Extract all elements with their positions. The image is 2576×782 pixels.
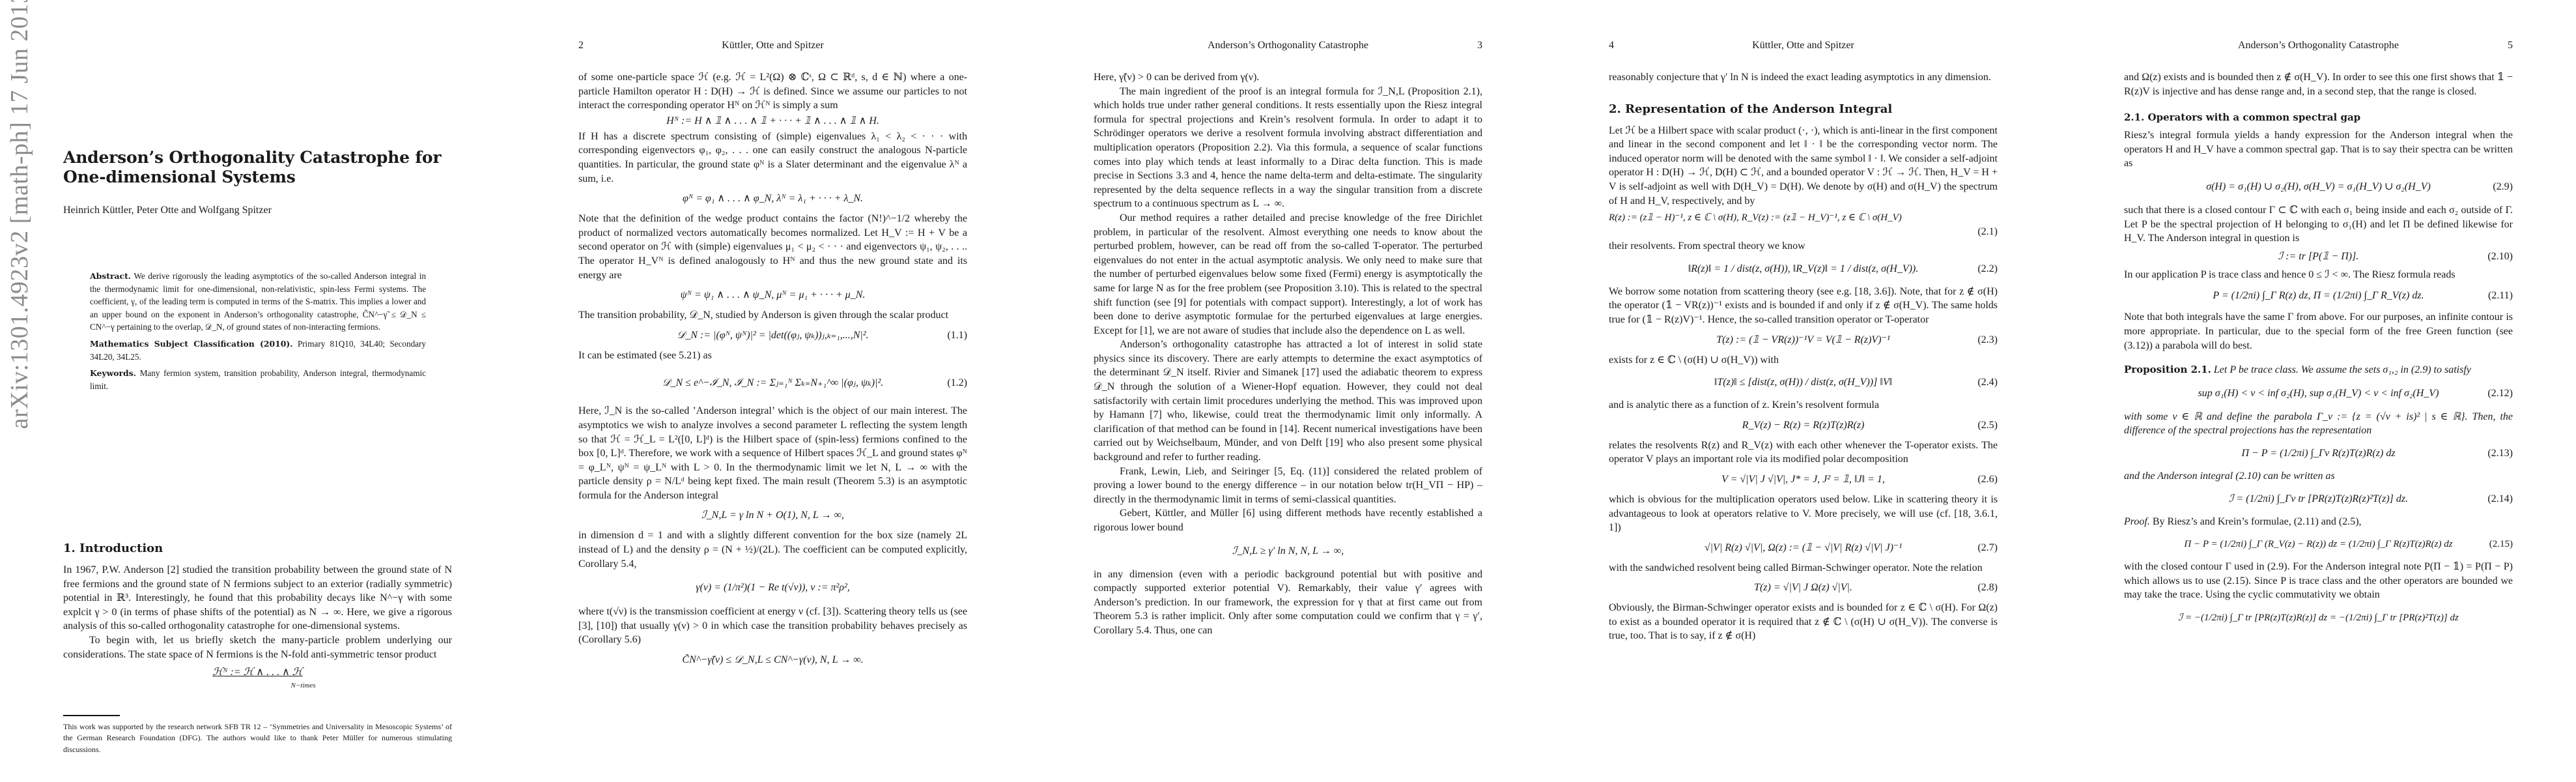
equation: ℐ_N,L = γ ln N + O(1), N, L → ∞, xyxy=(578,508,967,523)
equation-underbrace-label: N−times xyxy=(63,678,452,693)
paragraph: exists for z ∈ ℂ \ (σ(H) ∪ σ(H_V)) with xyxy=(1609,353,1998,368)
footnote-rule xyxy=(63,715,120,716)
equation-number: (1.2) xyxy=(947,375,967,391)
abstract-text: We derive rigorously the leading asympto… xyxy=(90,271,426,332)
equation-number: (2.1) xyxy=(1977,226,1998,237)
equation-number: (2.6) xyxy=(1977,472,1998,487)
running-title: Küttler, Otte and Spitzer xyxy=(578,38,967,53)
equation-text: ‖T(z)‖ ≤ [dist(z, σ(H)) / dist(z, σ(H_V)… xyxy=(1714,377,1892,388)
paragraph: Let ℋ be a Hilbert space with scalar pro… xyxy=(1609,124,1998,209)
equation-number: (2.3) xyxy=(1977,333,1998,347)
equation-2-10: ℐ := tr [P(𝟙 − Π)]. (2.10) xyxy=(2124,250,2513,264)
proof-label: Proof. xyxy=(2124,516,2150,527)
equation-2-15: Π − P = (1/2πi) ∫_Γ (R_V(z) − R(z)) dz =… xyxy=(2124,536,2513,552)
page-1: arXiv:1301.4923v2 [math-ph] 17 Jun 2013 … xyxy=(0,0,515,782)
paper-title: Anderson’s Orthogonality Catastrophe for… xyxy=(63,148,452,187)
title-block: Anderson’s Orthogonality Catastrophe for… xyxy=(63,148,452,217)
subsection-heading: 2.1. Operators with a common spectral ga… xyxy=(2124,110,2513,124)
equation-2-2: ‖R(z)‖ = 1 / dist(z, σ(H)), ‖R_V(z)‖ = 1… xyxy=(1609,261,1998,277)
paragraph: with the closed contour Γ used in (2.9).… xyxy=(2124,560,2513,602)
page-4-body: reasonably conjecture that γ′ ln N is in… xyxy=(1609,70,1998,643)
abstract-label: Abstract. xyxy=(90,271,131,281)
equation-number: (2.12) xyxy=(2487,386,2513,401)
equation-text: V = √|V| J √|V|, J* = J, J² = 𝟙, ‖J‖ = 1… xyxy=(1721,474,1885,485)
msc-label: Mathematics Subject Classification (2010… xyxy=(90,339,293,349)
section-heading-introduction: 1. Introduction xyxy=(63,541,452,557)
page-4: 4 Küttler, Otte and Spitzer reasonably c… xyxy=(1546,0,2061,782)
page-2-body: of some one-particle space ℋ (e.g. ℋ = L… xyxy=(578,70,967,673)
paragraph: their resolvents. From spectral theory w… xyxy=(1609,239,1998,253)
equation-2-11: P = (1/2πi) ∫_Γ R(z) dz, Π = (1/2πi) ∫_Γ… xyxy=(2124,288,2513,304)
equation-2-13: Π − P = (1/2πi) ∫_Γν R(z)T(z)R(z) dz (2.… xyxy=(2124,446,2513,461)
paragraph: Frank, Lewin, Lieb, and Seiringer [5, Eq… xyxy=(1094,465,1482,507)
paragraph: Here, ℐ_N is the so-called ’Anderson int… xyxy=(578,404,967,502)
authors: Heinrich Küttler, Peter Otte and Wolfgan… xyxy=(63,204,452,217)
equation: ψᴺ = ψ₁ ∧ . . . ∧ ψ_N, μᴺ = μ₁ + · · · +… xyxy=(578,288,967,302)
equation-text: Π − P = (1/2πi) ∫_Γ (R_V(z) − R(z)) dz =… xyxy=(2184,539,2452,549)
proof: Proof. By Riesz’s and Krein’s formulae, … xyxy=(2124,515,2513,529)
equation-number: (2.8) xyxy=(1977,581,1998,595)
equation-text: σ(H) = σ₁(H) ∪ σ₂(H), σ(H_V) = σ₁(H_V) ∪… xyxy=(2206,181,2431,192)
paragraph: Gebert, Küttler, and Müller [6] using di… xyxy=(1094,506,1482,534)
equation-text: 𝒟_N := |(φᴺ, ψᴺ)|² = |det((φⱼ, ψₖ))ⱼ,ₖ₌₁… xyxy=(677,330,868,341)
paragraph: Obviously, the Birman-Schwinger operator… xyxy=(1609,601,1998,643)
paragraph: If H has a discrete spectrum consisting … xyxy=(578,130,967,186)
running-header: 4 Küttler, Otte and Spitzer xyxy=(1609,38,1998,53)
proposition-text: and the Anderson integral (2.10) can be … xyxy=(2124,469,2513,484)
equation-2-5: R_V(z) − R(z) = R(z)T(z)R(z) (2.5) xyxy=(1609,418,1998,433)
equation: ℐ_N,L ≥ γ′ ln N, N, L → ∞, xyxy=(1094,544,1482,558)
running-header: 2 Küttler, Otte and Spitzer xyxy=(578,38,967,53)
paragraph: In our application P is trace class and … xyxy=(2124,268,2513,282)
equation-text: Π − P = (1/2πi) ∫_Γν R(z)T(z)R(z) dz xyxy=(2241,448,2395,459)
equation: ℐ = −(1/2πi) ∫_Γ tr [PR(z)T(z)R(z)] dz =… xyxy=(2124,610,2513,626)
equation-2-3: T(z) := (𝟙 − VR(z))⁻¹V = V(𝟙 − R(z)V)⁻¹ … xyxy=(1609,333,1998,347)
paragraph: Our method requires a rather detailed an… xyxy=(1094,211,1482,338)
paper-title-line-2: One-dimensional Systems xyxy=(63,167,296,186)
equation-number: (2.15) xyxy=(2489,536,2513,552)
equation-text: ℐ := tr [P(𝟙 − Π)]. xyxy=(2278,251,2359,262)
equation: Hᴺ := H ∧ 𝟙 ∧ . . . ∧ 𝟙 + · · · + 𝟙 ∧ . … xyxy=(578,114,967,128)
equation-2-4: ‖T(z)‖ ≤ [dist(z, σ(H)) / dist(z, σ(H_V)… xyxy=(1609,375,1998,390)
proposition-2-1: Proposition 2.1. Let P be trace class. W… xyxy=(2124,363,2513,377)
paragraph: which is obvious for the multiplication … xyxy=(1609,493,1998,535)
equation-1-2: 𝒟_N ≤ e^−ℐ_N, ℐ_N := Σⱼ₌₁ᴺ Σₖ₌N₊₁^∞ |(φⱼ… xyxy=(578,375,967,391)
equation: γ(ν) = (1/π²)(1 − Re t(√ν)), ν := π²ρ², xyxy=(578,580,967,596)
equation-tensor-product: ℋᴺ := ℋ ∧ . . . ∧ ℋ N−times xyxy=(63,665,452,693)
equation-text: T(z) := (𝟙 − VR(z))⁻¹V = V(𝟙 − R(z)V)⁻¹ xyxy=(1716,334,1890,345)
paragraph: It can be estimated (see 5.21) as xyxy=(578,349,967,363)
footnote-block: This work was supported by the research … xyxy=(63,715,452,755)
equation-number: (2.13) xyxy=(2487,446,2513,461)
equation-text: R(z) := (z𝟙 − H)⁻¹, z ∈ ℂ \ σ(H), R_V(z)… xyxy=(1609,212,1902,223)
paragraph: where t(√ν) is the transmission coeffici… xyxy=(578,605,967,647)
equation-2-9: σ(H) = σ₁(H) ∪ σ₂(H), σ(H_V) = σ₁(H_V) ∪… xyxy=(2124,180,2513,194)
paragraph: Here, γ̃(ν) > 0 can be derived from γ(ν)… xyxy=(1094,70,1482,85)
page-5: Anderson’s Orthogonality Catastrophe 5 a… xyxy=(2061,0,2576,782)
equation-2-8: T(z) = √|V| J Ω(z) √|V|. (2.8) xyxy=(1609,581,1998,595)
equation-number: (2.2) xyxy=(1977,261,1998,277)
paragraph: in any dimension (even with a periodic b… xyxy=(1094,568,1482,638)
equation-number: (2.14) xyxy=(2487,491,2513,507)
equation-number: (2.9) xyxy=(2493,180,2513,194)
paragraph: The transition probability, 𝒟_N, studied… xyxy=(578,308,967,323)
equation: φᴺ = φ₁ ∧ . . . ∧ φ_N, λᴺ = λ₁ + · · · +… xyxy=(578,192,967,206)
equation-1-1: 𝒟_N := |(φᴺ, ψᴺ)|² = |det((φⱼ, ψₖ))ⱼ,ₖ₌₁… xyxy=(578,328,967,343)
paragraph: such that there is a closed contour Γ ⊂ … xyxy=(2124,203,2513,246)
equation-number: (2.10) xyxy=(2487,250,2513,264)
equation-text: sup σ₁(H) < ν < inf σ₂(H), sup σ₁(H_V) <… xyxy=(2198,388,2439,399)
section-heading-representation: 2. Representation of the Anderson Integr… xyxy=(1609,102,1998,117)
paragraph: Note that the definition of the wedge pr… xyxy=(578,212,967,282)
equation-2-14: ℐ = (1/2πi) ∫_Γν tr [PR(z)T(z)R(z)²T(z)]… xyxy=(2124,491,2513,507)
paragraph: Anderson’s orthogonality catastrophe has… xyxy=(1094,338,1482,464)
running-title: Küttler, Otte and Spitzer xyxy=(1609,38,1998,53)
equation: C̃N^−γ̃(ν) ≤ 𝒟_N,L ≤ CN^−γ(ν), N, L → ∞. xyxy=(578,653,967,667)
paragraph: and Ω(z) exists and is bounded then z ∉ … xyxy=(2124,70,2513,98)
arxiv-stamp-text: arXiv:1301.4923v2 [math-ph] 17 Jun 2013 xyxy=(5,0,34,429)
paragraph: in dimension d = 1 and with a slightly d… xyxy=(578,529,967,571)
equation-2-1-number: (2.1) xyxy=(1609,225,1998,239)
introduction: 1. Introduction In 1967, P.W. Anderson [… xyxy=(63,541,452,699)
paper-title-line-1: Anderson’s Orthogonality Catastrophe for xyxy=(63,148,441,167)
page-3-body: Here, γ̃(ν) > 0 can be derived from γ(ν)… xyxy=(1094,70,1482,638)
arxiv-stamp: arXiv:1301.4923v2 [math-ph] 17 Jun 2013 xyxy=(5,80,34,340)
running-header: Anderson’s Orthogonality Catastrophe 5 xyxy=(2124,38,2513,53)
proposition-label: Proposition 2.1. xyxy=(2124,364,2211,375)
proposition-text: Let P be trace class. We assume the sets… xyxy=(2214,364,2471,375)
equation-number: (2.11) xyxy=(2488,288,2513,304)
equation-number: (1.1) xyxy=(947,328,967,343)
paragraph: reasonably conjecture that γ′ ln N is in… xyxy=(1609,70,1998,85)
keywords-label: Keywords. xyxy=(90,368,136,378)
equation-2-7: √|V| R(z) √|V|, Ω(z) := (𝟙 − √|V| R(z) √… xyxy=(1609,541,1998,555)
proof-text: By Riesz’s and Krein’s formulae, (2.11) … xyxy=(2153,516,2362,527)
abstract-block: Abstract. We derive rigorously the leadi… xyxy=(90,270,426,396)
page-2: 2 Küttler, Otte and Spitzer of some one-… xyxy=(515,0,1030,782)
running-title: Anderson’s Orthogonality Catastrophe xyxy=(2124,38,2513,53)
footnote: This work was supported by the research … xyxy=(63,721,452,756)
keywords: Keywords. Many fermion system, transitio… xyxy=(90,367,426,392)
running-title: Anderson’s Orthogonality Catastrophe xyxy=(1094,38,1482,53)
paragraph: of some one-particle space ℋ (e.g. ℋ = L… xyxy=(578,70,967,113)
paragraph: Note that both integrals have the same Γ… xyxy=(2124,310,2513,353)
equation-text: T(z) = √|V| J Ω(z) √|V|. xyxy=(1754,582,1852,593)
equation-2-12: sup σ₁(H) < ν < inf σ₂(H), sup σ₁(H_V) <… xyxy=(2124,386,2513,401)
equation-text: ℐ = (1/2πi) ∫_Γν tr [PR(z)T(z)R(z)²T(z)]… xyxy=(2229,493,2408,504)
page-5-body: and Ω(z) exists and is bounded then z ∉ … xyxy=(2124,70,2513,633)
page-number: 3 xyxy=(1477,38,1482,53)
keywords-text: Many fermion system, transition probabil… xyxy=(90,368,426,391)
paragraph: In 1967, P.W. Anderson [2] studied the t… xyxy=(63,563,452,633)
equation-text: √|V| R(z) √|V|, Ω(z) := (𝟙 − √|V| R(z) √… xyxy=(1705,542,1902,553)
paragraph: and is analytic there as a function of z… xyxy=(1609,398,1998,413)
paragraph: The main ingredient of the proof is an i… xyxy=(1094,85,1482,211)
paragraph: with the sandwiched resolvent being call… xyxy=(1609,561,1998,575)
page-number: 5 xyxy=(2508,38,2513,53)
equation-text: ℋᴺ := ℋ ∧ . . . ∧ ℋ xyxy=(212,667,302,678)
equation-text: ‖R(z)‖ = 1 / dist(z, σ(H)), ‖R_V(z)‖ = 1… xyxy=(1688,263,1919,274)
msc: Mathematics Subject Classification (2010… xyxy=(90,338,426,363)
running-header: Anderson’s Orthogonality Catastrophe 3 xyxy=(1094,38,1482,53)
paragraph: relates the resolvents R(z) and R_V(z) w… xyxy=(1609,439,1998,467)
abstract: Abstract. We derive rigorously the leadi… xyxy=(90,270,426,334)
page-3: Anderson’s Orthogonality Catastrophe 3 H… xyxy=(1030,0,1546,782)
equation-2-6: V = √|V| J √|V|, J* = J, J² = 𝟙, ‖J‖ = 1… xyxy=(1609,472,1998,487)
equation-2-1: R(z) := (z𝟙 − H)⁻¹, z ∈ ℂ \ σ(H), R_V(z)… xyxy=(1609,210,1998,225)
paragraph: We borrow some notation from scattering … xyxy=(1609,285,1998,327)
equation-text: 𝒟_N ≤ e^−ℐ_N, ℐ_N := Σⱼ₌₁ᴺ Σₖ₌N₊₁^∞ |(φⱼ… xyxy=(662,377,884,388)
equation-number: (2.5) xyxy=(1977,418,1998,433)
equation-number: (2.7) xyxy=(1977,541,1998,555)
equation-number: (2.4) xyxy=(1977,375,1998,390)
paragraph: Riesz’s integral formula yields a handy … xyxy=(2124,128,2513,171)
equation-text: R_V(z) − R(z) = R(z)T(z)R(z) xyxy=(1742,420,1865,431)
proposition-text: with some ν ∈ ℝ and define the parabola … xyxy=(2124,410,2513,438)
equation-text: P = (1/2πi) ∫_Γ R(z) dz, Π = (1/2πi) ∫_Γ… xyxy=(2213,290,2424,301)
paragraph: To begin with, let us briefly sketch the… xyxy=(63,633,452,661)
